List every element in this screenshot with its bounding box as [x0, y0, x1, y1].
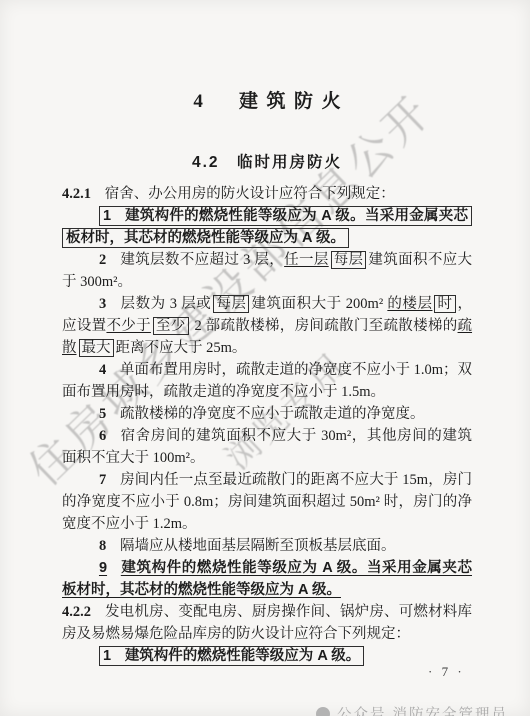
item-number: 4.2.1	[62, 186, 91, 202]
item-4: 4单面布置用房时，疏散走道的净宽度不应小于 1.0m；双面布置用房时，疏散走道的…	[62, 359, 472, 403]
page-content: 4 建筑防火 4.2 临时用房防火 4.2.1宿舍、办公用房的防火设计应符合下列…	[62, 84, 472, 667]
text-run: 建筑构件的燃烧性能等级应为 A 级。当采用金属夹芯板材时，其芯材的燃烧性能等级应…	[66, 208, 468, 246]
item-4-2-2-1: 1建筑构件的燃烧性能等级应为 A 级。	[62, 645, 472, 667]
item-number: 1	[103, 208, 111, 224]
footer: 公众号 消防安全管理员	[316, 703, 508, 716]
doc-body: 4.2.1宿舍、办公用房的防火设计应符合下列规定：1建筑构件的燃烧性能等级应为 …	[62, 183, 472, 667]
text-run: 发电机房、变配电房、厨房操作间、锅炉房、可燃材料库房及易燃易爆危险品库房的防火设…	[62, 604, 472, 642]
text-run: 建筑面积大于 200m²	[251, 296, 387, 312]
revision-box: 1建筑构件的燃烧性能等级应为 A 级。当采用金属夹芯板材时，其芯材的燃烧性能等级…	[62, 206, 472, 248]
item-number: 4	[99, 362, 106, 378]
item-number: 3	[99, 296, 106, 312]
clause-4-2-2: 4.2.2发电机房、变配电房、厨房操作间、锅炉房、可燃材料库房及易燃易爆危险品库…	[62, 601, 472, 645]
inserted-text: 每层	[331, 251, 367, 269]
text-run: 隔墙应从楼地面基层隔断至顶板基层底面。	[120, 538, 396, 554]
chapter-title: 4 建筑防火	[62, 84, 472, 112]
clause-4-2-1: 4.2.1宿舍、办公用房的防火设计应符合下列规定：	[62, 183, 472, 205]
item-8: 8隔墙应从楼地面基层隔断至顶板基层底面。	[62, 535, 472, 557]
deleted-text: 的楼层	[387, 296, 432, 312]
text-run: 距离不应大于 25m。	[116, 340, 247, 356]
footer-text: 公众号 消防安全管理员	[337, 703, 508, 716]
text-run: 建筑层数不应超过 3 层，	[120, 252, 284, 268]
item-7: 7房间内任一点至最近疏散门的距离不应大于 15m，房门的净宽度不应小于 0.8m…	[62, 469, 472, 535]
item-5: 5疏散楼梯的净宽度不应小于疏散走道的净宽度。	[62, 403, 472, 425]
item-number: 5	[99, 406, 106, 422]
round-logo-icon	[316, 707, 330, 716]
deleted-text: 任一层	[284, 252, 329, 268]
text-run: 2 部疏散楼梯，房间疏散门至疏散楼梯的	[191, 318, 458, 334]
text-run: 疏散楼梯的净宽度不应小于疏散走道的净宽度。	[120, 406, 425, 422]
item-3: 3层数为 3 层或每层建筑面积大于 200m² 的楼层时，应设置不少于至少 2 …	[62, 293, 472, 359]
page-number: · 7 ·	[428, 664, 465, 680]
item-number: 4.2.2	[62, 604, 91, 620]
revision-box: 1建筑构件的燃烧性能等级应为 A 级。	[99, 646, 364, 666]
item-number: 9	[99, 560, 107, 576]
item-number: 6	[99, 428, 106, 444]
item-1: 1建筑构件的燃烧性能等级应为 A 级。当采用金属夹芯板材时，其芯材的燃烧性能等级…	[62, 205, 472, 249]
text-run: 房间内任一点至最近疏散门的距离不应大于 15m，房门的净宽度不应小于 0.8m；…	[62, 472, 472, 532]
deleted-text: 不少于	[106, 318, 150, 334]
item-number: 2	[99, 252, 106, 268]
item-6: 6宿舍房间的建筑面积不应大于 30m²，其他房间的建筑面积不宜大于 100m²。	[62, 425, 472, 469]
inserted-text: 时	[434, 295, 455, 313]
text-run: 建筑构件的燃烧性能等级应为 A 级。当采用金属夹芯板材时，其芯材的燃烧性能等级应…	[62, 560, 472, 598]
text-run: 单面布置用房时，疏散走道的净宽度不应小于 1.0m；双面布置用房时，疏散走道的净…	[62, 362, 472, 400]
item-9: 9建筑构件的燃烧性能等级应为 A 级。当采用金属夹芯板材时，其芯材的燃烧性能等级…	[62, 557, 472, 601]
inserted-text: 至少	[153, 317, 189, 335]
section-title: 4.2 临时用房防火	[62, 155, 472, 171]
text-run: 宿舍、办公用房的防火设计应符合下列规定：	[105, 186, 395, 202]
item-number: 8	[99, 538, 106, 554]
item-2: 2建筑层数不应超过 3 层，任一层每层建筑面积不应大于 300m²。	[62, 249, 472, 293]
text-run: 建筑构件的燃烧性能等级应为 A 级。	[125, 648, 361, 664]
item-number: 7	[99, 472, 106, 488]
inserted-text: 每层	[213, 295, 249, 313]
text-run: 层数为 3 层或	[120, 296, 211, 312]
text-run: 宿舍房间的建筑面积不应大于 30m²，其他房间的建筑面积不宜大于 100m²。	[62, 428, 472, 466]
item-number: 1	[103, 648, 111, 664]
inserted-text: 最大	[79, 339, 114, 357]
document-page: 住房城乡建设部信息公开 浏览专用 4 建筑防火 4.2 临时用房防火 4.2.1…	[0, 0, 530, 716]
